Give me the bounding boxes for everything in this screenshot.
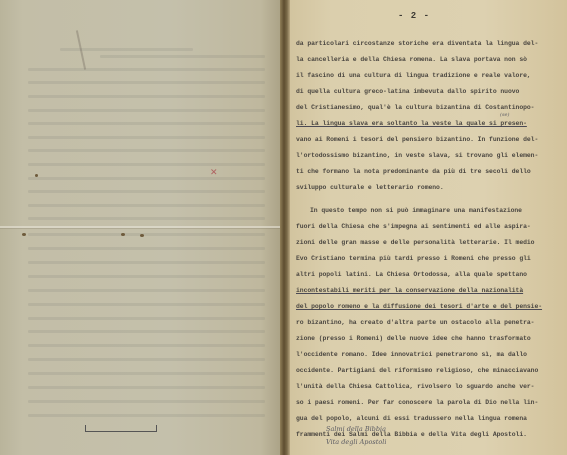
handwritten-note: Vita degli Apostoli — [326, 438, 386, 446]
bleed-through-line — [28, 233, 265, 236]
text-line: occidente. Partigiani del riformismo rel… — [296, 367, 538, 375]
bleed-through-line — [28, 400, 265, 403]
document-spread: ✕ - 2 - da particolari circostanze stori… — [0, 0, 567, 455]
bleed-through-line — [60, 48, 193, 51]
bleed-through-line — [28, 414, 265, 417]
text-line: l'occidente romano. Idee innovatrici pen… — [296, 351, 527, 359]
handwritten-note: Salmi della Bibbia — [326, 425, 386, 433]
text-line: so i paesi romeni. Per far conoscere la … — [296, 399, 538, 407]
text-line: Evo Cristiano termina più tardi presso i… — [296, 255, 531, 263]
bleed-through-line — [100, 55, 265, 58]
text-line: gua del popolo, alcuni di essi tradusser… — [296, 415, 527, 423]
text-line: l'ortodossismo bizantino, in veste slava… — [296, 152, 538, 160]
bleed-through-line — [28, 261, 265, 264]
text-line: ro bizantino, ha creato d'altra parte un… — [296, 319, 534, 327]
text-line: fuori della Chiesa che s'impegna ai sent… — [296, 223, 531, 231]
bleed-through-line — [28, 247, 265, 250]
bleed-through-line — [28, 109, 265, 112]
page-number: - 2 - — [398, 11, 430, 21]
text-line: vano ai Romeni i tesori del pensiero biz… — [296, 136, 538, 144]
bleed-through-line — [28, 149, 265, 152]
text-line: di quella cultura greco-latina imbevuta … — [296, 88, 519, 96]
bleed-through-line — [28, 81, 265, 84]
bleed-through-line — [28, 344, 265, 347]
ink-spot — [22, 233, 26, 236]
bleed-through-line — [28, 386, 265, 389]
bleed-through-line — [28, 275, 265, 278]
ink-spot — [140, 234, 144, 237]
bleed-through-line — [28, 289, 265, 292]
bleed-through-line — [28, 217, 265, 220]
book-spine — [280, 0, 290, 455]
text-line: sviluppo culturale e letterario romeno. — [296, 184, 444, 192]
left-page: ✕ — [0, 0, 283, 455]
bleed-through-line — [28, 204, 265, 207]
bleed-through-line — [28, 122, 265, 125]
ink-spot — [121, 233, 125, 236]
text-line: li. La lingua slava era soltanto la vest… — [296, 120, 527, 128]
ink-spot — [35, 174, 38, 177]
text-line: altri popoli latini. La Chiesa Ortodossa… — [296, 271, 527, 279]
bleed-through-line — [28, 330, 265, 333]
bracket-mark — [85, 425, 157, 432]
interlinear-correction: (se) — [500, 112, 509, 118]
text-line: del popolo romeno e la diffusione dei te… — [296, 303, 542, 311]
bleed-through-line — [28, 68, 265, 71]
bleed-through-line — [28, 95, 265, 98]
bleed-through-line — [28, 177, 265, 180]
text-line: l'unità della Chiesa Cattolica, rivolser… — [296, 383, 534, 391]
text-line: ti che formano la nota predominante da p… — [296, 168, 531, 176]
text-line: zione (presso i Romeni) delle nuove idee… — [296, 335, 531, 343]
bleed-through-line — [28, 163, 265, 166]
bleed-through-line — [28, 136, 265, 139]
text-line: del Cristianesimo, qual'è la cultura biz… — [296, 104, 534, 112]
bleed-through-line — [28, 190, 265, 193]
bleed-through-line — [28, 317, 265, 320]
page-fold-crease — [0, 226, 283, 228]
red-annotation-mark: ✕ — [210, 168, 218, 178]
bleed-through-line — [28, 358, 265, 361]
text-line: In questo tempo non si può immaginare un… — [310, 207, 522, 215]
bleed-through-line — [28, 303, 265, 306]
right-page: - 2 - da particolari circostanze storich… — [290, 0, 567, 455]
text-line: il fascino di una cultura di lingua trad… — [296, 72, 531, 80]
text-line: da particolari circostanze storiche era … — [296, 40, 538, 48]
text-line: zioni delle gran masse e delle personali… — [296, 239, 534, 247]
text-line: incontestabili meriti per la conservazio… — [296, 287, 523, 295]
bleed-through-line — [28, 372, 265, 375]
text-line: la cancelleria e della Chiesa romena. La… — [296, 56, 527, 64]
